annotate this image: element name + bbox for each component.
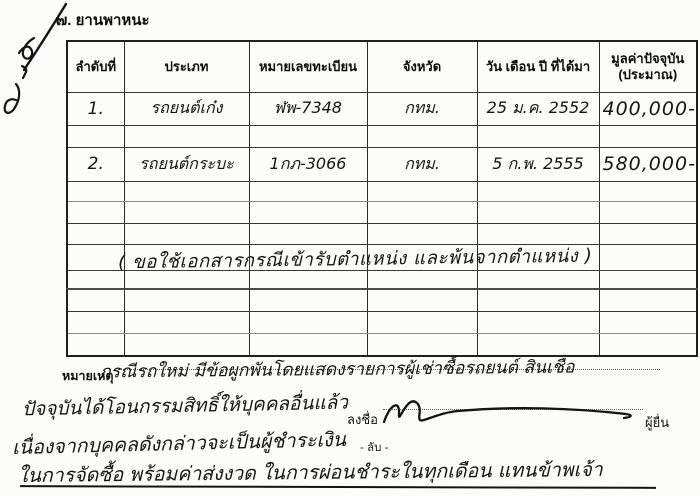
header-row: ลำดับที่ ประเภท หมายเลขทะเบียน จังหวัด ว… bbox=[67, 41, 697, 92]
col-header-type: ประเภท bbox=[124, 41, 249, 92]
table-row-empty bbox=[67, 311, 697, 333]
col-header-date: วัน เดือน ปี ที่ได้มา bbox=[477, 41, 599, 92]
cell-row1-province: กทม. bbox=[367, 92, 477, 125]
cell-row1-registration: ฬพ-7348 bbox=[249, 92, 367, 125]
col-header-index: ลำดับที่ bbox=[67, 41, 124, 92]
sign-role-label: ผู้ยื่น bbox=[645, 412, 669, 433]
cell-row1-no: 1. bbox=[67, 92, 124, 125]
table-row-empty bbox=[67, 201, 697, 223]
cell-row2-type: รถยนต์กระบะ bbox=[124, 147, 249, 181]
section-title: ๗. ยานพาหนะ bbox=[56, 8, 150, 32]
table-row-empty bbox=[67, 289, 697, 311]
table-row-empty bbox=[67, 223, 697, 244]
submitter-signature bbox=[368, 390, 638, 435]
cell-row1-value: 400,000- bbox=[599, 92, 697, 125]
col-header-value: มูลค่าปัจจุบัน (ประมาณ) bbox=[599, 41, 697, 92]
col-header-province: จังหวัด bbox=[367, 41, 477, 92]
cell-row2-date: 5 ก.พ. 2555 bbox=[477, 147, 599, 181]
table-row: 2. รถยนต์กระบะ 1กภ-3066 กทม. 5 ก.พ. 2555… bbox=[67, 147, 697, 181]
scanned-asset-declaration-page: ๗. ยานพาหนะ ลำดับที่ ประเภท หมายเลขทะเบี… bbox=[0, 0, 700, 496]
col-header-value-line2: (ประมาณ) bbox=[618, 67, 677, 82]
cell-row2-registration: 1กภ-3066 bbox=[249, 147, 367, 181]
notes-line1: กรณีรถใหม่ มีข้อผูกพันโดยแสดงรายการผู้เช… bbox=[100, 353, 575, 386]
col-header-registration: หมายเลขทะเบียน bbox=[249, 41, 367, 92]
cell-row2-province: กทม. bbox=[367, 147, 477, 181]
table-row-empty bbox=[67, 125, 697, 147]
cell-row2-no: 2. bbox=[67, 147, 124, 181]
table-row-empty bbox=[67, 333, 697, 356]
cell-row2-value: 580,000- bbox=[599, 147, 697, 181]
notes-line2: ปัจจุบันได้โอนกรรมสิทธิ์ให้บุคคลอื่นแล้ว bbox=[22, 388, 348, 425]
secret-mark: - ลับ - bbox=[360, 439, 388, 457]
table-row-empty bbox=[67, 181, 697, 201]
col-header-value-line1: มูลค่าปัจจุบัน bbox=[611, 51, 684, 66]
cell-row1-type: รถยนต์เก๋ง bbox=[124, 92, 249, 125]
vehicles-table: ลำดับที่ ประเภท หมายเลขทะเบียน จังหวัด ว… bbox=[66, 40, 698, 357]
cell-row1-date: 25 ม.ค. 2552 bbox=[477, 92, 599, 125]
table-row: 1. รถยนต์เก๋ง ฬพ-7348 กทม. 25 ม.ค. 2552 … bbox=[67, 92, 697, 125]
